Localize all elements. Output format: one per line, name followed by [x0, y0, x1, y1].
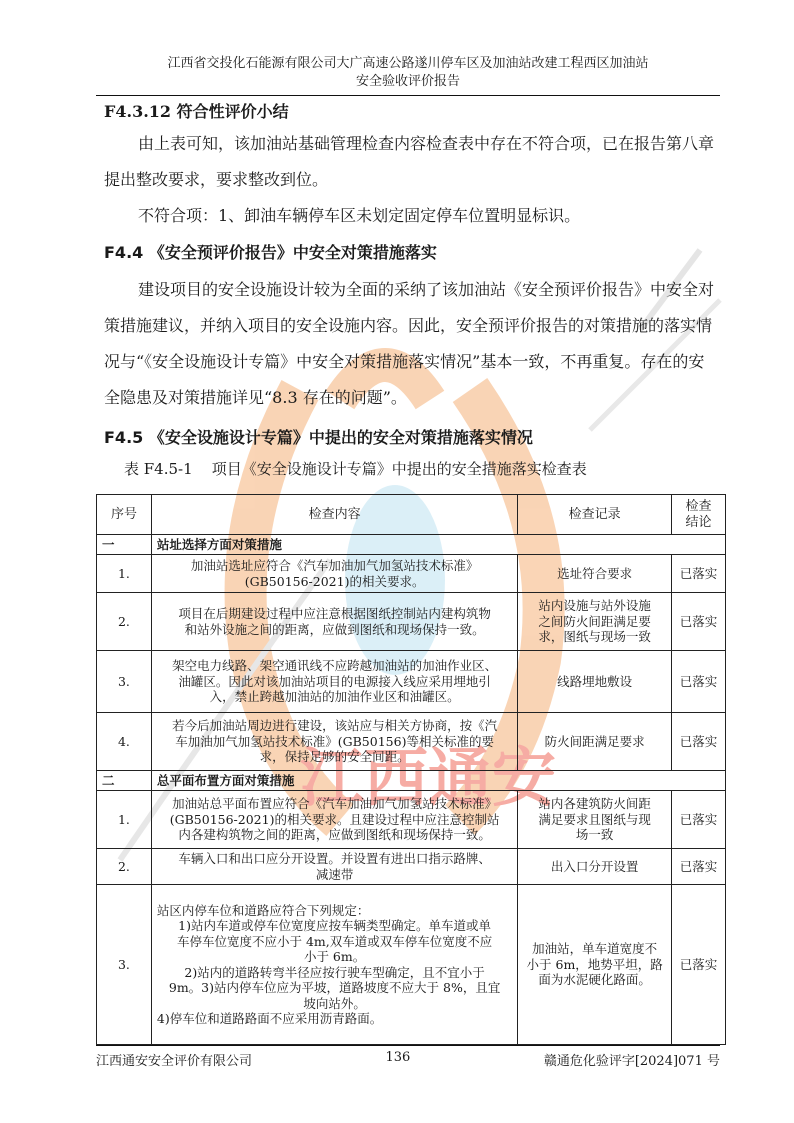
content-line: 车加油加气加氢站技术标准》(GB50156)等相关标准的要 [157, 734, 512, 750]
cell-no: 4. [97, 713, 152, 771]
cell-no: 1. [97, 791, 152, 849]
header-line-2: 安全验收评价报告 [96, 73, 720, 91]
content-line: (GB50156-2021)的相关要求。 [157, 574, 512, 590]
record-line: 求，图纸与现场一致 [523, 629, 666, 645]
content-line: 油罐区。因此对该加油站项目的电源接入线应采用埋地引 [157, 674, 512, 690]
record-line: 选址符合要求 [523, 566, 666, 582]
header-line-1: 江西省交投化石能源有限公司大广高速公路遂川停车区及加油站改建工程西区加油站 [96, 55, 720, 73]
cell-no: 2. [97, 849, 152, 885]
footer-doc-number: 赣通危化验评字[2024]071 号 [544, 1050, 720, 1069]
table-caption: 表 F4.5-1 项目《安全设施设计专篇》中提出的安全措施落实检查表 [124, 458, 587, 479]
page-header: 江西省交投化石能源有限公司大广高速公路遂川停车区及加油站改建工程西区加油站 安全… [96, 55, 720, 91]
cell-no: 1. [97, 555, 152, 593]
content-line: 1)站内车道或停车位宽度应按车辆类型确定。单车道或单 [157, 918, 512, 934]
section-title: 站址选择方面对策措施 [151, 535, 725, 555]
cell-content: 架空电力线路、架空通讯线不应跨越加油站的加油作业区、油罐区。因此对该加油站项目的… [151, 651, 517, 713]
cell-content: 若今后加油站周边进行建设，该站应与相关方协商，按《汽车加油加气加氢站技术标准》(… [151, 713, 517, 771]
record-line: 线路埋地敷设 [523, 674, 666, 690]
content-line: 和站外设施之间的距离，应做到图纸和现场保持一致。 [157, 622, 512, 638]
cell-no: 2. [97, 593, 152, 651]
content-line: 项目在后期建设过程中应注意根据图纸控制站内建构筑物 [157, 606, 512, 622]
cell-content: 加油站总平面布置应符合《汽车加油加气加氢站技术标准》(GB50156-2021)… [151, 791, 517, 849]
header-content: 检查内容 [151, 495, 517, 535]
page-footer: 江西通安安全评价有限公司 136 赣通危化验评字[2024]071 号 [96, 1050, 720, 1069]
cell-record: 选址符合要求 [518, 555, 672, 593]
footer-page-number: 136 [386, 1050, 411, 1069]
document-page: 江西省交投化石能源有限公司大广高速公路遂川停车区及加油站改建工程西区加油站 安全… [0, 0, 794, 1123]
table-body: 一站址选择方面对策措施1.加油站选址应符合《汽车加油加气加氢站技术标准》(GB5… [97, 535, 726, 1045]
content-line: 求，保持足够的安全间距。 [157, 749, 512, 765]
cell-conclusion: 已落实 [672, 651, 726, 713]
paragraph-summary: 由上表可知，该加油站基础管理检查内容检查表中存在不符合项，已在报告第八章提出整改… [104, 126, 720, 198]
table-header-row: 序号 检查内容 检查记录 检查 结论 [97, 495, 726, 535]
content-line: 车停车位宽度不应小于 4m,双车道或双车停车位宽度不应 [157, 934, 512, 950]
safety-measures-check-table: 序号 检查内容 检查记录 检查 结论 一站址选择方面对策措施1.加油站选址应符合… [96, 494, 726, 1045]
section-row: 一站址选择方面对策措施 [97, 535, 726, 555]
record-line: 满足要求且图纸与现 [523, 812, 666, 828]
content-line: 内各建构筑物之间的距离，应做到图纸和现场保持一致。 [157, 827, 512, 843]
paragraph-pre-evaluation: 建设项目的安全设施设计较为全面的采纳了该加油站《安全预评价报告》中安全对策措施建… [104, 272, 720, 416]
header-divider [96, 95, 720, 96]
content-line: 入，禁止跨越加油站的加油作业区和油罐区。 [157, 689, 512, 705]
record-line: 面为水泥硬化路面。 [523, 972, 666, 988]
content-line: 加油站总平面布置应符合《汽车加油加气加氢站技术标准》 [157, 796, 512, 812]
cell-record: 线路埋地敷设 [518, 651, 672, 713]
cell-record: 防火间距满足要求 [518, 713, 672, 771]
content-line: 小于 6m。 [157, 949, 512, 965]
content-line: 坡向站外。 [157, 996, 512, 1012]
record-line: 场一致 [523, 827, 666, 843]
cell-record: 出入口分开设置 [518, 849, 672, 885]
footer-company: 江西通安安全评价有限公司 [96, 1050, 252, 1069]
content-line: 4)停车位和道路路面不应采用沥青路面。 [157, 1011, 512, 1027]
cell-content: 项目在后期建设过程中应注意根据图纸控制站内建构筑物和站外设施之间的距离，应做到图… [151, 593, 517, 651]
section-index: 二 [97, 771, 152, 791]
cell-content: 站区内停车位和道路应符合下列规定：1)站内车道或停车位宽度应按车辆类型确定。单车… [151, 885, 517, 1045]
cell-record: 站内设施与站外设施之间防火间距满足要求，图纸与现场一致 [518, 593, 672, 651]
content-line: 减速带 [157, 867, 512, 883]
content-line: 9m。3)站内停车位应为平坡，道路坡度不应大于 8%，且宜 [157, 980, 512, 996]
heading-f4-5: F4.5 《安全设施设计专篇》中提出的安全对策措施落实情况 [104, 425, 533, 448]
record-line: 之间防火间距满足要 [523, 614, 666, 630]
section-title: 总平面布置方面对策措施 [151, 771, 725, 791]
content-line: 架空电力线路、架空通讯线不应跨越加油站的加油作业区、 [157, 658, 512, 674]
heading-f4-3-12: F4.3.12 符合性评价小结 [104, 99, 289, 122]
cell-conclusion: 已落实 [672, 713, 726, 771]
section-row: 二总平面布置方面对策措施 [97, 771, 726, 791]
cell-conclusion: 已落实 [672, 885, 726, 1045]
section-index: 一 [97, 535, 152, 555]
paragraph-nonconformity: 不符合项：1、卸油车辆停车区未划定固定停车位置明显标识。 [104, 198, 720, 234]
table-row: 3.架空电力线路、架空通讯线不应跨越加油站的加油作业区、油罐区。因此对该加油站项… [97, 651, 726, 713]
table-row: 3.站区内停车位和道路应符合下列规定：1)站内车道或停车位宽度应按车辆类型确定。… [97, 885, 726, 1045]
cell-conclusion: 已落实 [672, 555, 726, 593]
heading-f4-4: F4.4 《安全预评价报告》中安全对策措施落实 [104, 240, 437, 263]
content-line: 加油站选址应符合《汽车加油加气加氢站技术标准》 [157, 558, 512, 574]
record-line: 加油站，单车道宽度不 [523, 941, 666, 957]
cell-no: 3. [97, 651, 152, 713]
record-line: 防火间距满足要求 [523, 734, 666, 750]
content-line: 车辆入口和出口应分开设置。并设置有进出口指示路牌、 [157, 851, 512, 867]
content-line: (GB50156-2021)的相关要求。且建设过程中应注意控制站 [157, 812, 512, 828]
cell-record: 加油站，单车道宽度不小于 6m，地势平坦，路面为水泥硬化路面。 [518, 885, 672, 1045]
header-no: 序号 [97, 495, 152, 535]
cell-conclusion: 已落实 [672, 593, 726, 651]
table-row: 2.项目在后期建设过程中应注意根据图纸控制站内建构筑物和站外设施之间的距离，应做… [97, 593, 726, 651]
record-line: 站内各建筑防火间距 [523, 796, 666, 812]
table-row: 1.加油站选址应符合《汽车加油加气加氢站技术标准》(GB50156-2021)的… [97, 555, 726, 593]
cell-content: 加油站选址应符合《汽车加油加气加氢站技术标准》(GB50156-2021)的相关… [151, 555, 517, 593]
header-conclusion: 检查 结论 [672, 495, 726, 535]
cell-record: 站内各建筑防火间距满足要求且图纸与现场一致 [518, 791, 672, 849]
record-line: 出入口分开设置 [523, 859, 666, 875]
cell-no: 3. [97, 885, 152, 1045]
record-line: 小于 6m，地势平坦，路 [523, 957, 666, 973]
content-line: 2)站内的道路转弯半径应按行驶车型确定，且不宜小于 [157, 965, 512, 981]
table-row: 2.车辆入口和出口应分开设置。并设置有进出口指示路牌、减速带出入口分开设置已落实 [97, 849, 726, 885]
footer-divider [96, 1045, 720, 1046]
header-record: 检查记录 [518, 495, 672, 535]
record-line: 站内设施与站外设施 [523, 598, 666, 614]
cell-conclusion: 已落实 [672, 791, 726, 849]
cell-conclusion: 已落实 [672, 849, 726, 885]
table-row: 1.加油站总平面布置应符合《汽车加油加气加氢站技术标准》(GB50156-202… [97, 791, 726, 849]
content-line: 站区内停车位和道路应符合下列规定： [157, 903, 512, 919]
content-line: 若今后加油站周边进行建设，该站应与相关方协商，按《汽 [157, 718, 512, 734]
table-row: 4.若今后加油站周边进行建设，该站应与相关方协商，按《汽车加油加气加氢站技术标准… [97, 713, 726, 771]
cell-content: 车辆入口和出口应分开设置。并设置有进出口指示路牌、减速带 [151, 849, 517, 885]
